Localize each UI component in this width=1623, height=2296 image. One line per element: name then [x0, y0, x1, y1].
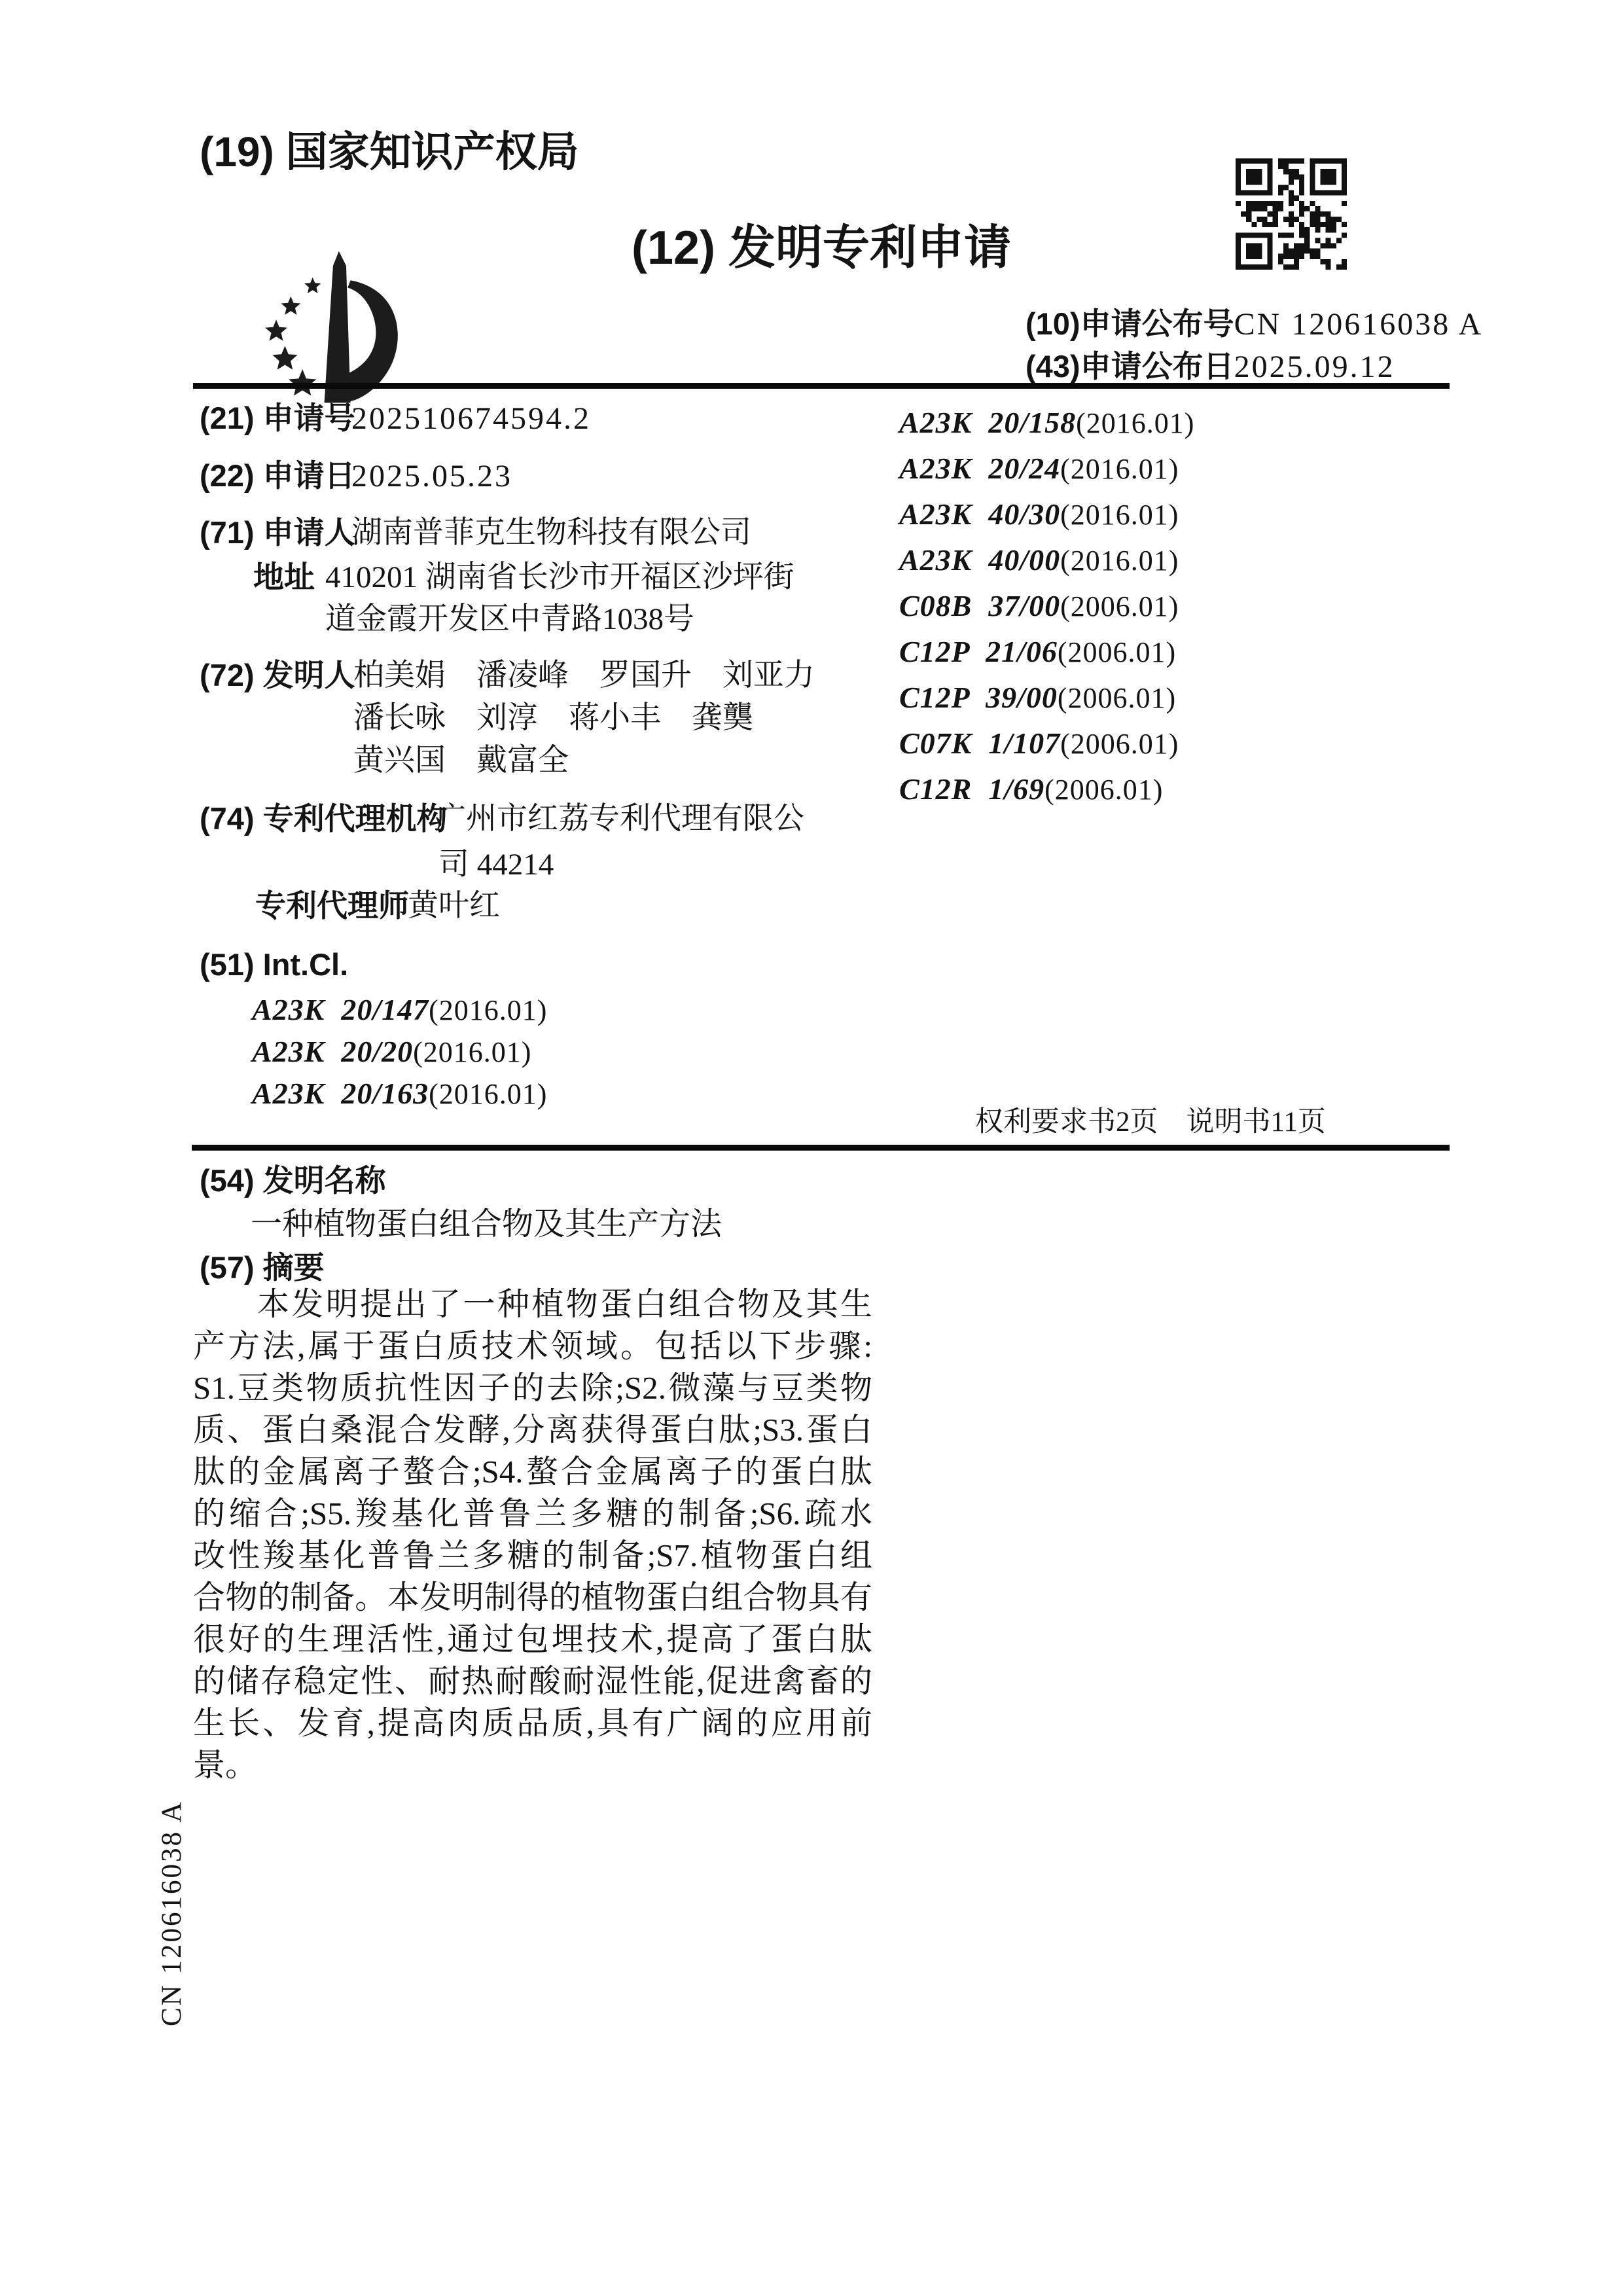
pages-info: 权利要求书2页 说明书11页	[975, 1106, 1326, 1138]
ipc-code: C08B 37/00	[899, 589, 1060, 622]
agency-line1: 广州市红荔专利代理有限公	[435, 801, 804, 836]
pub-number-value: CN 120616038 A	[1234, 307, 1484, 342]
intcl-code-row: A23K 20/163(2016.01)	[252, 1077, 547, 1111]
inventors-line1: 柏美娟 潘凌峰 罗国升 刘亚力	[353, 658, 815, 693]
applicant-label: (71) 申请人	[200, 515, 355, 550]
abstract-line: 改性羧基化普鲁兰多糖的制备;S7.植物蛋白组	[193, 1535, 872, 1577]
app-number-value: 202510674594.2	[351, 401, 591, 437]
abstract-line: 的缩合;S5.羧基化普鲁兰多糖的制备;S6.疏水	[193, 1493, 872, 1535]
pub-number-row: (10)申请公布号CN 120616038 A	[1026, 306, 1483, 342]
invention-title: 一种植物蛋白组合物及其生产方法	[251, 1206, 722, 1242]
intcl-code: A23K 20/147	[252, 993, 429, 1026]
agent-value: 黄叶红	[408, 888, 500, 924]
pub-date-label: (43)申请公布日	[1026, 349, 1234, 384]
ipc-code: C12P 39/00	[899, 681, 1058, 714]
abstract-line: 的储存稳定性、耐热耐酸耐湿性能,促进禽畜的	[193, 1660, 872, 1702]
intcl-version: (2016.01)	[429, 994, 547, 1026]
abstract-line: 质、蛋白桑混合发酵,分离获得蛋白肽;S3.蛋白	[193, 1409, 872, 1451]
inventors-line3: 黄兴国 戴富全	[353, 743, 569, 778]
ipc-code: C07K 1/107	[899, 726, 1060, 760]
ipc-code-row: C08B 37/00(2006.01)	[899, 589, 1179, 624]
ipc-version: (2006.01)	[1060, 590, 1179, 622]
ipc-code-row: C07K 1/107(2006.01)	[899, 726, 1179, 761]
address-line1: 410201 湖南省长沙市开福区沙坪街	[325, 560, 794, 595]
inventors-line2: 潘长咏 刘淳 蒋小丰 龚龑	[353, 700, 753, 736]
ipc-code-row: C12P 21/06(2006.01)	[899, 635, 1176, 670]
address-label: 地址	[253, 560, 315, 595]
applicant-value: 湖南普菲克生物科技有限公司	[351, 515, 751, 550]
abstract-text: 本发明提出了一种植物蛋白组合物及其生 产方法,属于蛋白质技术领域。包括以下步骤:…	[193, 1283, 872, 1786]
intcl-code: A23K 20/20	[252, 1035, 413, 1068]
abstract-line: 产方法,属于蛋白质技术领域。包括以下步骤:	[193, 1325, 872, 1367]
side-publication-code: CN 120616038 A	[156, 1801, 188, 2026]
agent-label: 专利代理师	[255, 888, 409, 924]
intcl-code-row: A23K 20/147(2016.01)	[252, 993, 547, 1028]
pub-date-value: 2025.09.12	[1234, 350, 1395, 384]
invention-title-label: (54) 发明名称	[200, 1163, 386, 1198]
pub-number-label: (10)申请公布号	[1026, 306, 1234, 341]
ipc-version: (2006.01)	[1058, 636, 1176, 668]
abstract-label: (57) 摘要	[200, 1250, 325, 1285]
ipc-code: A23K 40/00	[899, 543, 1060, 577]
ipc-version: (2006.01)	[1058, 682, 1176, 714]
app-date-label: (22) 申请日	[200, 458, 355, 493]
ipc-code: A23K 40/30	[899, 497, 1060, 531]
app-number-label: (21) 申请号	[200, 401, 355, 436]
ipc-code-row: C12P 39/00(2006.01)	[899, 681, 1176, 715]
ipc-version: (2016.01)	[1076, 407, 1194, 439]
abstract-line: 景。	[193, 1744, 872, 1786]
intcl-version: (2016.01)	[429, 1078, 547, 1110]
ipc-version: (2016.01)	[1060, 545, 1179, 577]
ipc-version: (2006.01)	[1044, 774, 1163, 806]
inventors-label: (72) 发明人	[200, 658, 355, 693]
header-divider	[193, 383, 1450, 389]
patent-front-page: (19) 国家知识产权局 (12) 发明专利申请 (10)申请公布号CN 120…	[0, 0, 1623, 2296]
ipc-code-row: A23K 40/30(2016.01)	[899, 497, 1179, 532]
agency-label: (74) 专利代理机构	[200, 801, 448, 836]
app-date-value: 2025.05.23	[351, 458, 512, 494]
ipc-code-row: C12R 1/69(2006.01)	[899, 772, 1163, 807]
ipc-code-row: A23K 20/158(2016.01)	[899, 406, 1194, 440]
section-divider	[192, 1145, 1450, 1151]
pub-date-row: (43)申请公布日2025.09.12	[1026, 349, 1395, 385]
intcl-label: (51) Int.Cl.	[200, 947, 348, 982]
ipc-code: A23K 20/158	[899, 406, 1076, 439]
abstract-line: 肽的金属离子螯合;S4.螯合金属离子的蛋白肽	[193, 1451, 872, 1493]
ipc-version: (2016.01)	[1060, 499, 1179, 531]
abstract-line: 合物的制备。本发明制得的植物蛋白组合物具有	[193, 1577, 872, 1619]
intcl-code-row: A23K 20/20(2016.01)	[252, 1035, 531, 1069]
intcl-version: (2016.01)	[413, 1036, 531, 1068]
ipc-version: (2016.01)	[1060, 453, 1179, 485]
qr-code-icon	[1236, 134, 1347, 294]
office-name: (19) 国家知识产权局	[200, 128, 579, 177]
agency-line2: 司 44214	[438, 847, 554, 882]
ipc-version: (2006.01)	[1060, 728, 1179, 760]
address-line2: 道金霞开发区中青路1038号	[325, 601, 694, 637]
ipc-code: C12R 1/69	[899, 772, 1044, 806]
ipc-code-row: A23K 20/24(2016.01)	[899, 452, 1179, 486]
abstract-line: 本发明提出了一种植物蛋白组合物及其生	[193, 1283, 872, 1325]
abstract-line: S1.豆类物质抗性因子的去除;S2.微藻与豆类物	[193, 1367, 872, 1409]
intcl-code: A23K 20/163	[252, 1077, 429, 1110]
abstract-line: 很好的生理活性,通过包埋技术,提高了蛋白肽	[193, 1619, 872, 1660]
ipc-code-row: A23K 40/00(2016.01)	[899, 543, 1179, 578]
ipc-code: C12P 21/06	[899, 635, 1058, 668]
ipc-code: A23K 20/24	[899, 452, 1060, 485]
abstract-line: 生长、发育,提高肉质品质,具有广阔的应用前	[193, 1702, 872, 1744]
